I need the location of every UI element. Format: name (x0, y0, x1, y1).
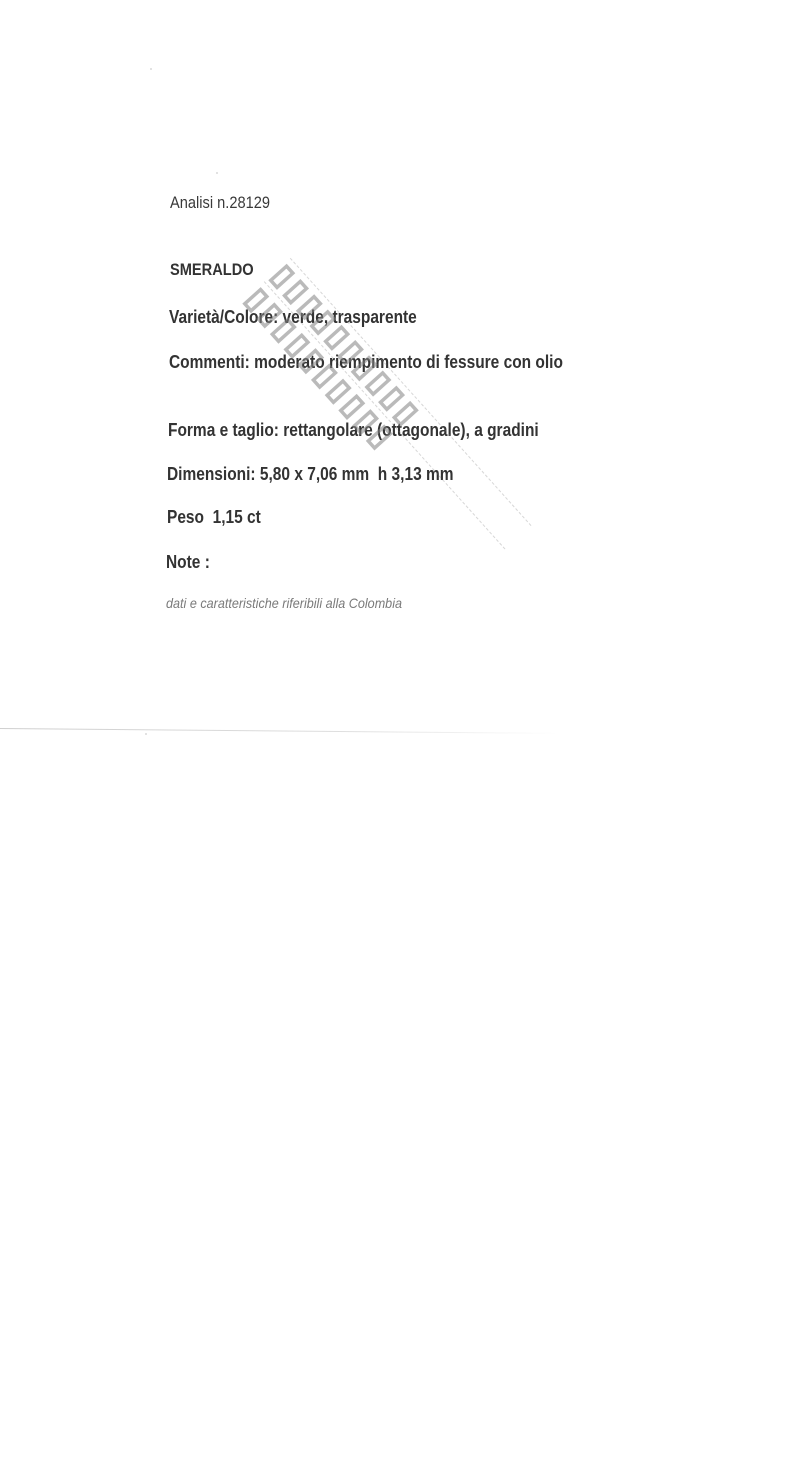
dimensions-label: Dimensioni: (167, 464, 256, 484)
scan-edge-line (0, 728, 560, 734)
scan-speck (216, 172, 218, 174)
dimensions-height: h 3,13 mm (378, 464, 454, 484)
shape-value: rettangolare (ottagonale), a gradini (283, 420, 538, 440)
variety-color-field: Varietà/Colore:verde, trasparente (169, 307, 417, 328)
comments-label: Commenti: (169, 352, 250, 372)
embossed-seal-stamp: ▯▯▯▯▯▯▯▯▯▯ ▯▯▯▯▯▯▯▯▯▯ (239, 258, 532, 572)
notes-field: Note : (166, 552, 210, 573)
origin-note: dati e caratteristiche riferibili alla C… (166, 595, 402, 611)
dimensions-value: 5,80 x 7,06 mm (260, 464, 369, 484)
scan-speck (145, 733, 147, 735)
analysis-number: Analisi n.28129 (170, 193, 270, 213)
notes-label: Note : (166, 552, 210, 572)
weight-field: Peso1,15 ct (167, 507, 261, 528)
weight-value: 1,15 ct (213, 507, 261, 527)
dimensions-field: Dimensioni:5,80 x 7,06 mmh 3,13 mm (167, 464, 454, 485)
comments-value: moderato riempimento di fessure con olio (254, 352, 563, 372)
weight-label: Peso (167, 507, 204, 527)
shape-label: Forma e taglio: (168, 420, 279, 440)
seal-glyphs-row-1: ▯▯▯▯▯▯▯▯▯▯ (265, 258, 532, 549)
scan-speck (150, 68, 152, 70)
gem-name-heading: SMERALDO (170, 260, 254, 280)
variety-label: Varietà/Colore: (169, 307, 278, 327)
shape-cut-field: Forma e taglio:rettangolare (ottagonale)… (168, 420, 539, 441)
comments-field: Commenti:moderato riempimento di fessure… (169, 352, 563, 373)
variety-value: verde, trasparente (283, 307, 417, 327)
